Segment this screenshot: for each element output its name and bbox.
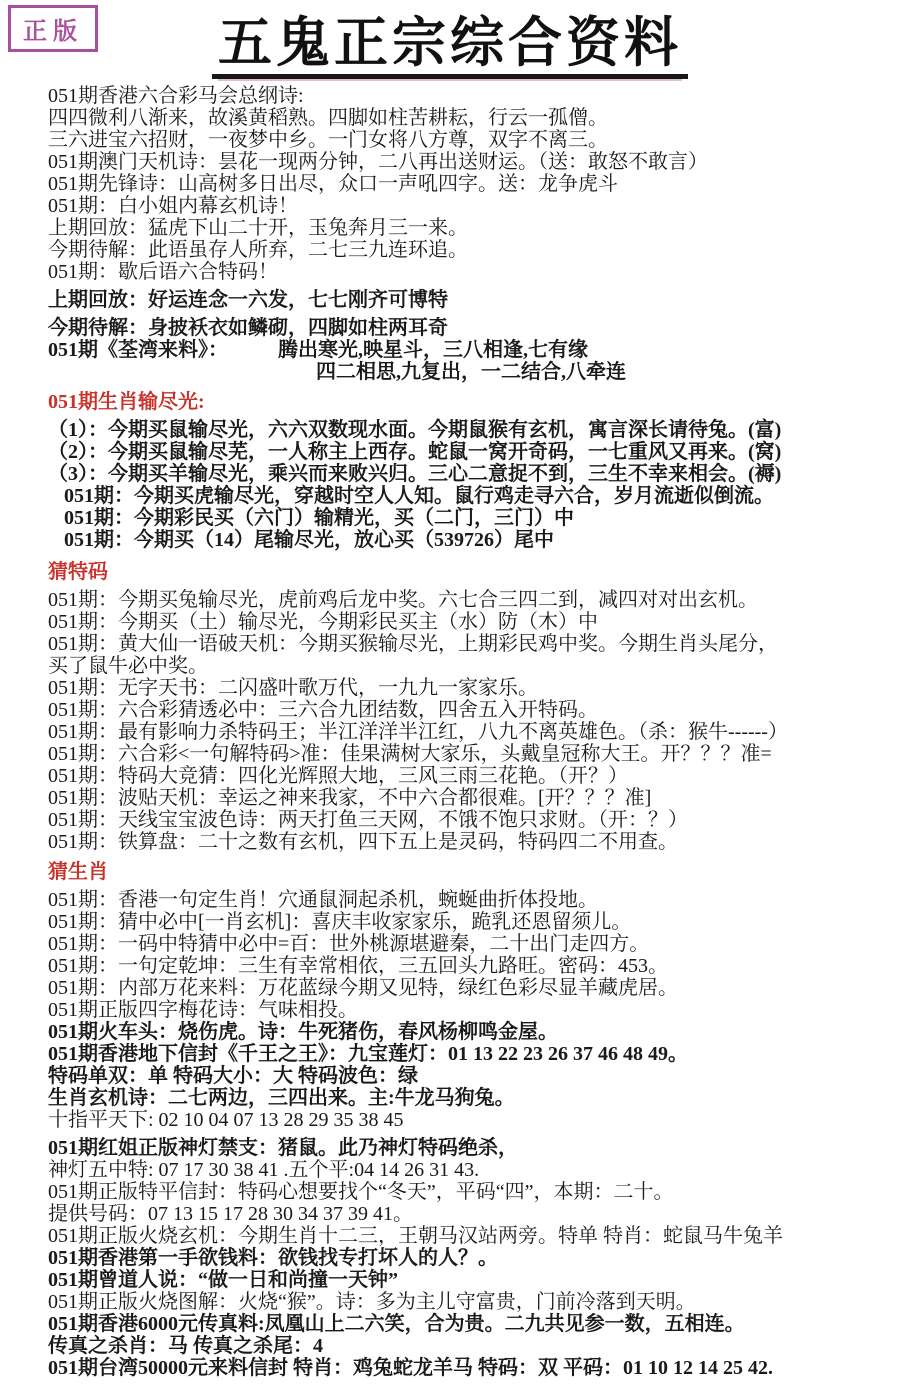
- text-line: 051期正版火烧图解：火烧“猴”。诗：多为主儿守富贵，门前冷落到天明。: [48, 1291, 886, 1313]
- text-line: 四四微利八渐来，故溪黄稻熟。四脚如柱苦耕耘，行云一孤僧。: [48, 107, 886, 129]
- text-line: 051期：特码大竞猜：四化光辉照大地，三风三雨三花艳。（开？）: [48, 765, 886, 787]
- text-line: 051期火车头：烧伤虎。诗：牛死猪伤，春风杨柳鸣金屋。: [48, 1021, 886, 1043]
- text-line: 今期待解：身披袄衣如鳞砌，四脚如柱两耳奇: [48, 317, 886, 339]
- text-line: 051期香港六合彩马会总纲诗:: [48, 85, 886, 107]
- text-line: 051期正版四字梅花诗：气味相投。: [48, 999, 886, 1021]
- text-line: 十指平天下: 02 10 04 07 13 28 29 35 38 45: [48, 1109, 886, 1131]
- authenticity-badge: 正版: [8, 5, 98, 52]
- text-line: 051期：六合彩<一句解特码>准：佳果满树大家乐，头戴皇冠称大王。开？？？准=: [48, 743, 886, 765]
- text-line: 买了鼠牛必中奖。: [48, 655, 886, 677]
- text-line: 上期回放：好运连念一六发，七七刚齐可博特: [48, 289, 886, 311]
- text-line: 051期：歇后语六合特码！: [48, 261, 886, 283]
- text-line: 051期：一码中特猜中必中=百：世外桃源堪避秦，二十出门走四方。: [48, 933, 886, 955]
- text-line: 051期：今期买（14）尾输尽光，放心买（539726）尾中: [48, 529, 886, 551]
- text-line: 051期：一句定乾坤：三生有幸常相依，三五回头九路旺。密码：453。: [48, 955, 886, 977]
- text-line: 051期：黄大仙一语破天机：今期买猴输尽光，上期彩民鸡中奖。今期生肖头尾分，: [48, 633, 886, 655]
- text-line: （3）：今期买羊输尽光，乘兴而来败兴归。三心二意捉不到，三生不幸来相会。(褥): [48, 463, 886, 485]
- section-heading: 051期生肖输尽光:: [48, 391, 886, 413]
- title-wrap: 五鬼正宗综合资料: [0, 0, 900, 79]
- text-line: 051期：无字天书：二闪盛叶歌万代，一九九一家家乐。: [48, 677, 886, 699]
- text-line: 051期：今期买（土）输尽光，今期彩民买主（水）防（木）中: [48, 611, 886, 633]
- text-line: 051期：白小姐内幕玄机诗！: [48, 195, 886, 217]
- text-line: 051期先锋诗：山高树多日出尽，众口一声吼四字。送：龙争虎斗: [48, 173, 886, 195]
- section-heading: 猜生肖: [48, 861, 886, 883]
- text-line: 特码单双：单 特码大小：大 特码波色：绿: [48, 1065, 886, 1087]
- text-line: 051期：最有影响力杀特码王；半江洋洋半江红，八九不离英雄色。（杀：猴牛----…: [48, 721, 886, 743]
- text-line: 三六进宝六招财，一夜梦中乡。一门女将八方尊，双字不离三。: [48, 129, 886, 151]
- text-line: 传真之杀肖：马 传真之杀尾：4: [48, 1335, 886, 1357]
- text-line: 上期回放：猛虎下山二十开，玉兔奔月三一来。: [48, 217, 886, 239]
- text-line: （1）：今期买鼠输尽光，六六双数现水面。今期鼠猴有玄机，寓言深长请待兔。(富): [48, 419, 886, 441]
- section-heading: 猜特码: [48, 561, 886, 583]
- text-line: 051期红姐正版神灯禁支：猪鼠。此乃神灯特码绝杀，: [48, 1137, 886, 1159]
- text-line: 051期：内部万花来料：万花蓝绿今期又见特，绿红色彩尽显羊藏虎居。: [48, 977, 886, 999]
- text-line: 051期正版火烧玄机：今期生肖十二三，王朝马汉站两旁。特单 特肖：蛇鼠马牛兔羊: [48, 1225, 886, 1247]
- text-line: 051期：铁算盘：二十之数有玄机，四下五上是灵码，特码四二不用查。: [48, 831, 886, 853]
- text-line: 051期：今期买兔输尽光，虎前鸡后龙中奖。六七合三四二到，减四对对出玄机。: [48, 589, 886, 611]
- document-body: 051期香港六合彩马会总纲诗:四四微利八渐来，故溪黄稻熟。四脚如柱苦耕耘，行云一…: [0, 79, 900, 1379]
- text-line: 051期：香港一句定生肖！穴通鼠洞起杀机，蜿蜒曲折体投地。: [48, 889, 886, 911]
- text-line: 051期：六合彩猜透必中：三六合九团结数，四舍五入开特码。: [48, 699, 886, 721]
- text-line: （2）：今期买鼠输尽芜，一人称主上西存。蛇鼠一窝开奇码，一七重风又再来。(窝): [48, 441, 886, 463]
- page-title: 五鬼正宗综合资料: [212, 14, 688, 79]
- text-line: 051期：波贴天机：幸运之神来我家，不中六合都很难。[开？？？准]: [48, 787, 886, 809]
- text-line: 051期香港第一手欲钱料：欲钱找专打坏人的人？。: [48, 1247, 886, 1269]
- text-line: 四二相思,九复出，一二结合,八牵连: [48, 361, 886, 383]
- text-line: 051期曾道人说：“做一日和尚撞一天钟”: [48, 1269, 886, 1291]
- text-line: 生肖玄机诗：二七两边，三四出来。主:牛龙马狗兔。: [48, 1087, 886, 1109]
- text-line: 051期：今期彩民买（六门）输精光，买（二门，三门）中: [48, 507, 886, 529]
- text-line: 051期：猜中必中[一肖玄机]：喜庆丰收家家乐，跪乳还恩留须儿。: [48, 911, 886, 933]
- text-line: 051期正版特平信封：特码心想要找个“冬天”，平码“四”，本期：二十。: [48, 1181, 886, 1203]
- text-line: 051期：天线宝宝波色诗：两天打鱼三天网，不饿不饱只求财。（开：？）: [48, 809, 886, 831]
- text-line: 051期香港6000元传真料:凤凰山上二六笑，合为贵。二九共见参一数，五相连。: [48, 1313, 886, 1335]
- text-line: 神灯五中特: 07 17 30 38 41 .五个平:04 14 26 31 4…: [48, 1159, 886, 1181]
- text-line: 051期香港地下信封《千王之王》：九宝莲灯：01 13 22 23 26 37 …: [48, 1043, 886, 1065]
- lottery-info-page: 正版 五鬼正宗综合资料 051期香港六合彩马会总纲诗:四四微利八渐来，故溪黄稻熟…: [0, 0, 900, 1389]
- text-line: 051期台湾50000元来料信封 特肖：鸡兔蛇龙羊马 特码：双 平码：01 10…: [48, 1357, 886, 1379]
- text-line: 051期澳门天机诗：昙花一现两分钟，二八再出送财运。（送：敢怒不敢言）: [48, 151, 886, 173]
- text-line: 051期：今期买虎输尽光，穿越时空人人知。鼠行鸡走寻六合，岁月流逝似倒流。: [48, 485, 886, 507]
- text-line: 提供号码：07 13 15 17 28 30 34 37 39 41。: [48, 1203, 886, 1225]
- text-line: 今期待解：此语虽存人所弃，二七三九连环追。: [48, 239, 886, 261]
- text-line: 051期《荃湾来料》： 腾出寒光,映星斗，三八相逢,七有缘: [48, 339, 886, 361]
